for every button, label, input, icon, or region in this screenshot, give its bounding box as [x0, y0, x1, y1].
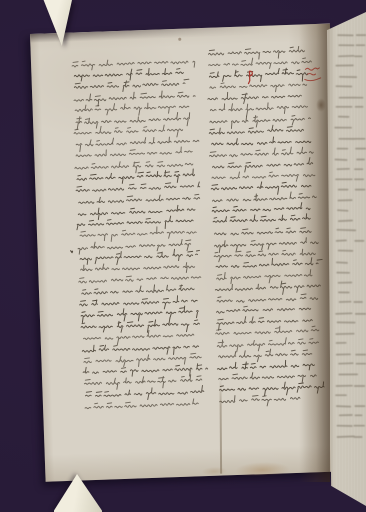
photo-backdrop: [0, 0, 366, 512]
facing-leaf-text-lines: [335, 35, 366, 437]
stain-bottom-edge-small: [201, 466, 227, 476]
ink-speck: [178, 38, 181, 41]
stain-bottom-edge: [235, 461, 289, 476]
gutter-shadow: [299, 24, 330, 482]
text-column-left: [71, 57, 209, 409]
rubric-mark: [248, 71, 253, 83]
margin-dot: [71, 251, 73, 253]
gutter-spot: [316, 98, 326, 112]
